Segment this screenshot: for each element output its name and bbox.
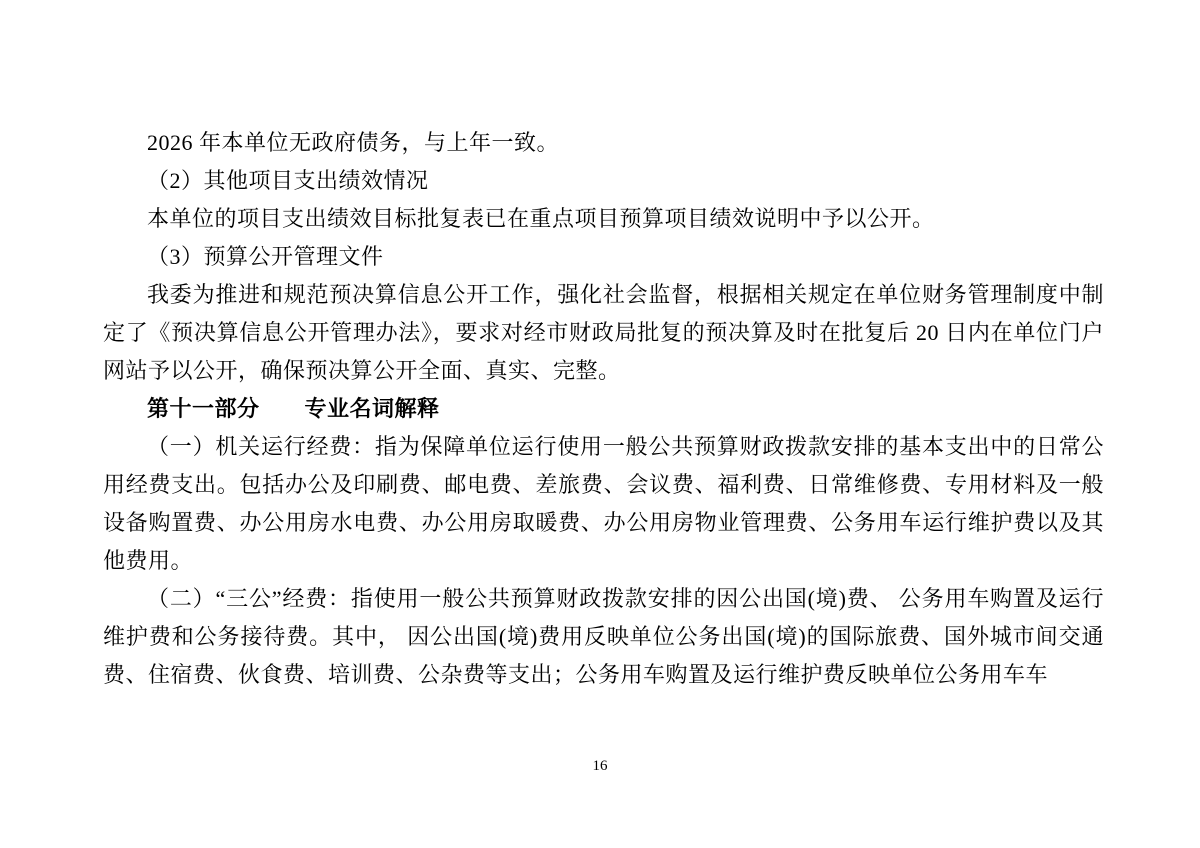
paragraph-debt-note: 2026 年本单位无政府债务，与上年一致。 bbox=[103, 124, 1104, 162]
document-page: 2026 年本单位无政府债务，与上年一致。 （2）其他项目支出绩效情况 本单位的… bbox=[0, 0, 1200, 848]
paragraph-term-three-public: （二）“三公”经费：指使用一般公共预算财政拨款安排的因公出国(境)费、 公务用车… bbox=[103, 580, 1104, 694]
paragraph-management-docs: （3）预算公开管理文件 bbox=[103, 238, 1104, 276]
page-number: 16 bbox=[0, 756, 1200, 776]
paragraph-disclosure-measures: 我委为推进和规范预决算信息公开工作，强化社会监督，根据相关规定在单位财务管理制度… bbox=[103, 276, 1104, 390]
document-body: 2026 年本单位无政府债务，与上年一致。 （2）其他项目支出绩效情况 本单位的… bbox=[103, 124, 1104, 694]
section-heading-terms: 第十一部分 专业名词解释 bbox=[103, 390, 1104, 428]
paragraph-performance-public: 本单位的项目支出绩效目标批复表已在重点项目预算项目绩效说明中予以公开。 bbox=[103, 200, 1104, 238]
paragraph-term-operating-funds: （一）机关运行经费：指为保障单位运行使用一般公共预算财政拨款安排的基本支出中的日… bbox=[103, 428, 1104, 580]
paragraph-other-performance: （2）其他项目支出绩效情况 bbox=[103, 162, 1104, 200]
